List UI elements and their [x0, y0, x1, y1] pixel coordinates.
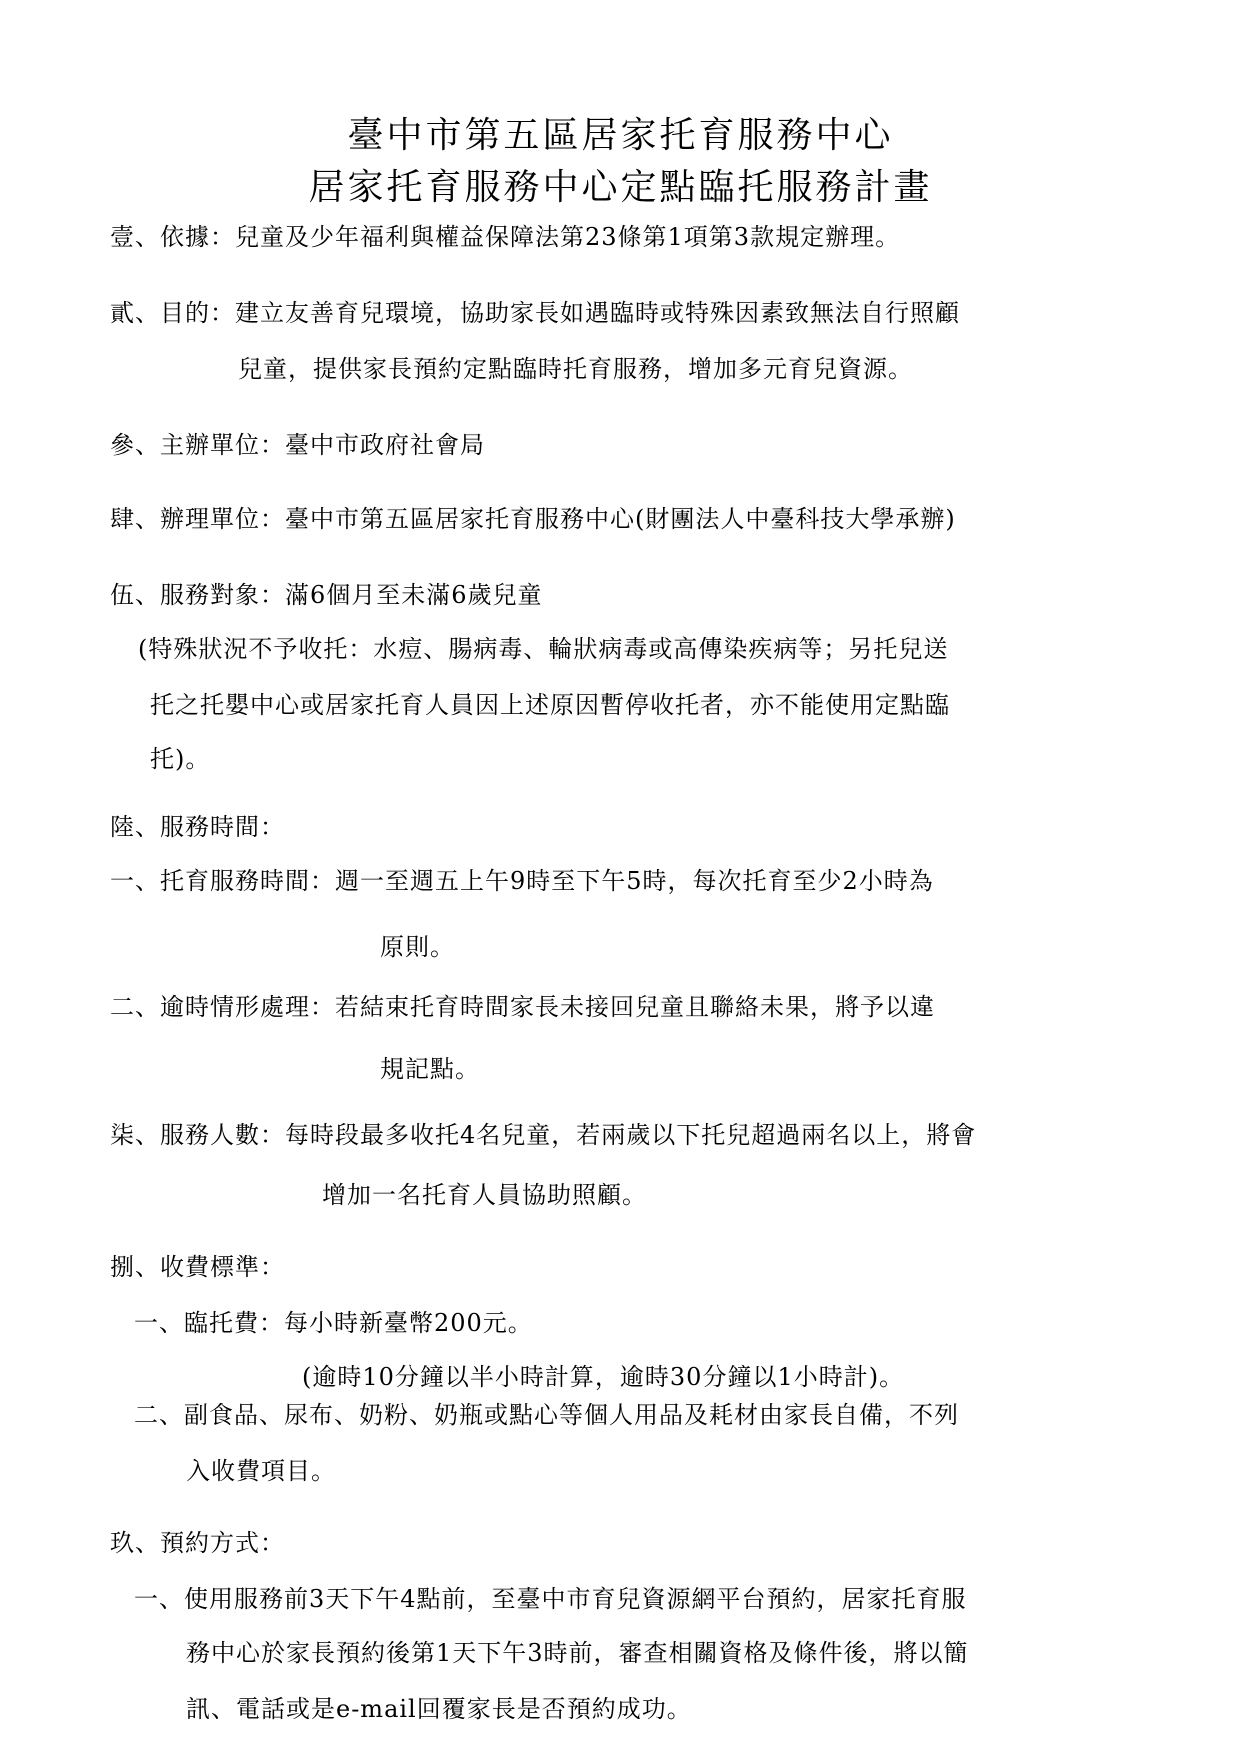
target-text-line3: 托之托嬰中心或居家托育人員因上述原因暫停收托者，亦不能使用定點臨 [150, 690, 950, 720]
hours-item1-line2: 原則。 [380, 932, 455, 962]
booking-item1-line1: 一、使用服務前3天下午4點前，至臺中市育兒資源網平台預約，居家托育服 [134, 1584, 967, 1614]
organizer-text: 參、主辦單位：臺中市政府社會局 [110, 430, 485, 460]
target-text-line4: 托)。 [150, 744, 210, 774]
document-title-line1: 臺中市第五區居家托育服務中心 [0, 116, 1241, 156]
hours-item1-line1: 一、托育服務時間：週一至週五上午9時至下午5時，每次托育至少2小時為 [110, 866, 934, 896]
booking-item1-line2: 務中心於家長預約後第1天下午3時前，審查相關資格及條件後，將以簡 [186, 1638, 969, 1668]
hours-item2-line1: 二、逾時情形處理：若結束托育時間家長未接回兒童且聯絡未果，將予以違 [110, 992, 935, 1022]
fees-item1-line1: 一、臨托費：每小時新臺幣200元。 [134, 1308, 533, 1338]
capacity-text-line2: 增加一名托育人員協助照顧。 [322, 1180, 647, 1210]
basis-text: 壹、依據：兒童及少年福利與權益保障法第23條第1項第3款規定辦理。 [110, 222, 900, 252]
purpose-text-line1: 貳、目的：建立友善育兒環境，協助家長如遇臨時或特殊因素致無法自行照顧 [110, 298, 960, 328]
target-text-line2: (特殊狀況不予收托：水痘、腸病毒、輪狀病毒或高傳染疾病等；另托兒送 [138, 634, 948, 664]
document-title-line2: 居家托育服務中心定點臨托服務計畫 [0, 168, 1241, 208]
capacity-text-line1: 柒、服務人數：每時段最多收托4名兒童，若兩歲以下托兒超過兩名以上，將會 [110, 1120, 976, 1150]
fees-heading: 捌、收費標準： [110, 1252, 285, 1282]
hours-item2-line2: 規記點。 [380, 1054, 480, 1084]
fees-item2-line2: 入收費項目。 [186, 1456, 336, 1486]
purpose-text-line2: 兒童，提供家長預約定點臨時托育服務，增加多元育兒資源。 [238, 354, 913, 384]
booking-heading: 玖、預約方式： [110, 1528, 285, 1558]
fees-item2-line1: 二、副食品、尿布、奶粉、奶瓶或點心等個人用品及耗材由家長自備，不列 [134, 1400, 959, 1430]
fees-item1-line2: (逾時10分鐘以半小時計算，逾時30分鐘以1小時計)。 [302, 1362, 904, 1392]
hours-heading: 陸、服務時間： [110, 812, 285, 842]
target-text-line1: 伍、服務對象：滿6個月至未滿6歲兒童 [110, 580, 543, 610]
document-page: 臺中市第五區居家托育服務中心 居家托育服務中心定點臨托服務計畫 壹、依據：兒童及… [0, 0, 1241, 1755]
booking-item1-line3: 訊、電話或是e-mail回覆家長是否預約成功。 [186, 1694, 692, 1724]
executor-text: 肆、辦理單位：臺中市第五區居家托育服務中心(財團法人中臺科技大學承辦) [110, 504, 956, 534]
